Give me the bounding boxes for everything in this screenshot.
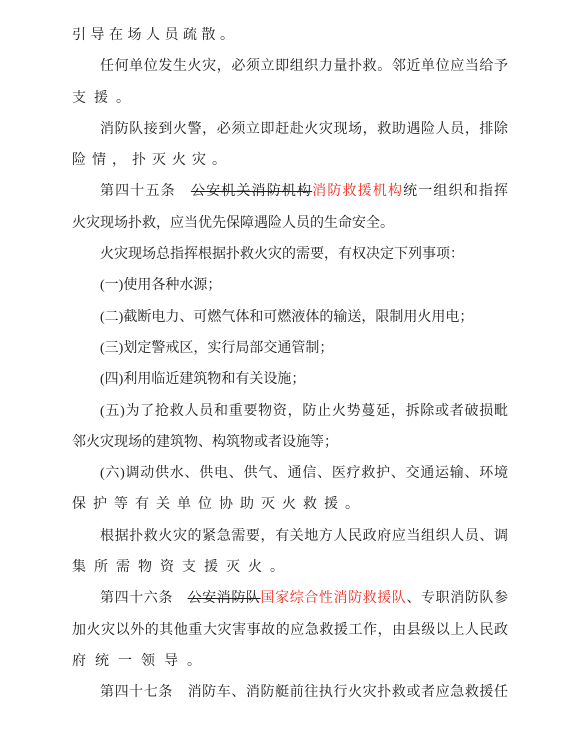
body-text: (三)划定警戒区，实行局部交通管制；: [100, 341, 333, 356]
text-line: (五)为了抢救人员和重要物资，防止火势蔓延，拆除或者破损毗: [72, 396, 508, 427]
text-line: 加火灾以外的其他重大灾害事故的应急救援工作，由县级以上人民政: [72, 615, 508, 646]
text-line: 第四十五条 公安机关消防机构消防救援机构统一组织和指挥: [72, 176, 508, 207]
text-line: 根据扑救火灾的紧急需要，有关地方人民政府应当组织人员、调: [72, 521, 508, 552]
body-text: (六)调动供水、供电、供气、通信、医疗救护、交通运输、环境: [100, 466, 508, 481]
body-text: 任何单位发生火灾，必须立即组织力量扑救。邻近单位应当给予: [100, 59, 508, 74]
text-line: (六)调动供水、供电、供气、通信、医疗救护、交通运输、环境: [72, 458, 508, 489]
body-text: 引导在场人员疏散。: [72, 28, 239, 43]
text-line: 支援。: [72, 83, 508, 114]
body-text: 险情，扑灭火灾。: [72, 153, 232, 168]
text-line: 保护等有关单位协助灭火救援。: [72, 489, 508, 520]
body-text: 根据扑救火灾的紧急需要，有关地方人民政府应当组织人员、调: [100, 529, 508, 544]
text-line: 集所需物资支援灭火。: [72, 552, 508, 583]
body-text: 第四十七条: [100, 685, 188, 700]
text-line: 第四十七条 消防车、消防艇前往执行火灾扑救或者应急救援任: [72, 677, 508, 708]
deleted-text: 公安机关消防机构: [191, 184, 312, 199]
text-line: 引导在场人员疏散。: [72, 20, 508, 51]
body-text: 集所需物资支援灭火。: [72, 560, 292, 575]
body-text: 邻火灾现场的建筑物、构筑物或者设施等；: [72, 435, 338, 450]
text-line: 邻火灾现场的建筑物、构筑物或者设施等；: [72, 427, 508, 458]
body-text: 消防队接到火警，必须立即赶赴火灾现场，救助遇险人员，排除: [100, 122, 508, 137]
body-text: 火灾现场总指挥根据扑救火灾的需要，有权决定下列事项：: [100, 247, 464, 262]
text-line: 火灾现场扑救，应当优先保障遇险人员的生命安全。: [72, 208, 508, 239]
body-text: 、专职消防队参: [406, 591, 508, 606]
body-text: (五)为了抢救人员和重要物资，防止火势蔓延，拆除或者破损毗: [100, 404, 508, 419]
text-line: 府统一领导。: [72, 646, 508, 677]
text-line: 险情，扑灭火灾。: [72, 145, 508, 176]
body-text: (一)使用各种水源；: [100, 278, 221, 293]
deleted-text: 公安消防队: [188, 591, 261, 606]
body-text: (二)截断电力、可燃气体和可燃液体的输送，限制用火用电；: [100, 310, 473, 325]
body-text: 保护等有关单位协助灭火救援。: [72, 497, 366, 512]
text-line: (三)划定警戒区，实行局部交通管制；: [72, 333, 508, 364]
body-text: 加火灾以外的其他重大灾害事故的应急救援工作，由县级以上人民政: [72, 623, 508, 638]
body-text: 统一组织和指挥: [403, 184, 508, 199]
body-text: 火灾现场扑救，应当优先保障遇险人员的生命安全。: [72, 216, 394, 231]
document-body: 引导在场人员疏散。任何单位发生火灾，必须立即组织力量扑救。邻近单位应当给予支援。…: [72, 20, 508, 709]
text-line: 任何单位发生火灾，必须立即组织力量扑救。邻近单位应当给予: [72, 51, 508, 82]
body-text: 支援。: [72, 91, 138, 106]
document-page: 引导在场人员疏散。任何单位发生火灾，必须立即组织力量扑救。邻近单位应当给予支援。…: [0, 0, 577, 736]
body-text: 第四十六条: [100, 591, 188, 606]
inserted-text: 消防救援机构: [312, 184, 403, 199]
text-line: (一)使用各种水源；: [72, 270, 508, 301]
body-text: 消防车、消防艇前往执行火灾扑救或者应急救援任: [188, 685, 508, 700]
inserted-text: 国家综合性消防救援队: [261, 591, 407, 606]
text-line: 消防队接到火警，必须立即赶赴火灾现场，救助遇险人员，排除: [72, 114, 508, 145]
text-line: (四)利用临近建筑物和有关设施；: [72, 364, 508, 395]
text-line: (二)截断电力、可燃气体和可燃液体的输送，限制用火用电；: [72, 302, 508, 333]
body-text: 府统一领导。: [72, 654, 210, 669]
body-text: 第四十五条: [100, 184, 191, 199]
text-line: 第四十六条 公安消防队国家综合性消防救援队、专职消防队参: [72, 583, 508, 614]
body-text: (四)利用临近建筑物和有关设施；: [100, 372, 305, 387]
text-line: 火灾现场总指挥根据扑救火灾的需要，有权决定下列事项：: [72, 239, 508, 270]
